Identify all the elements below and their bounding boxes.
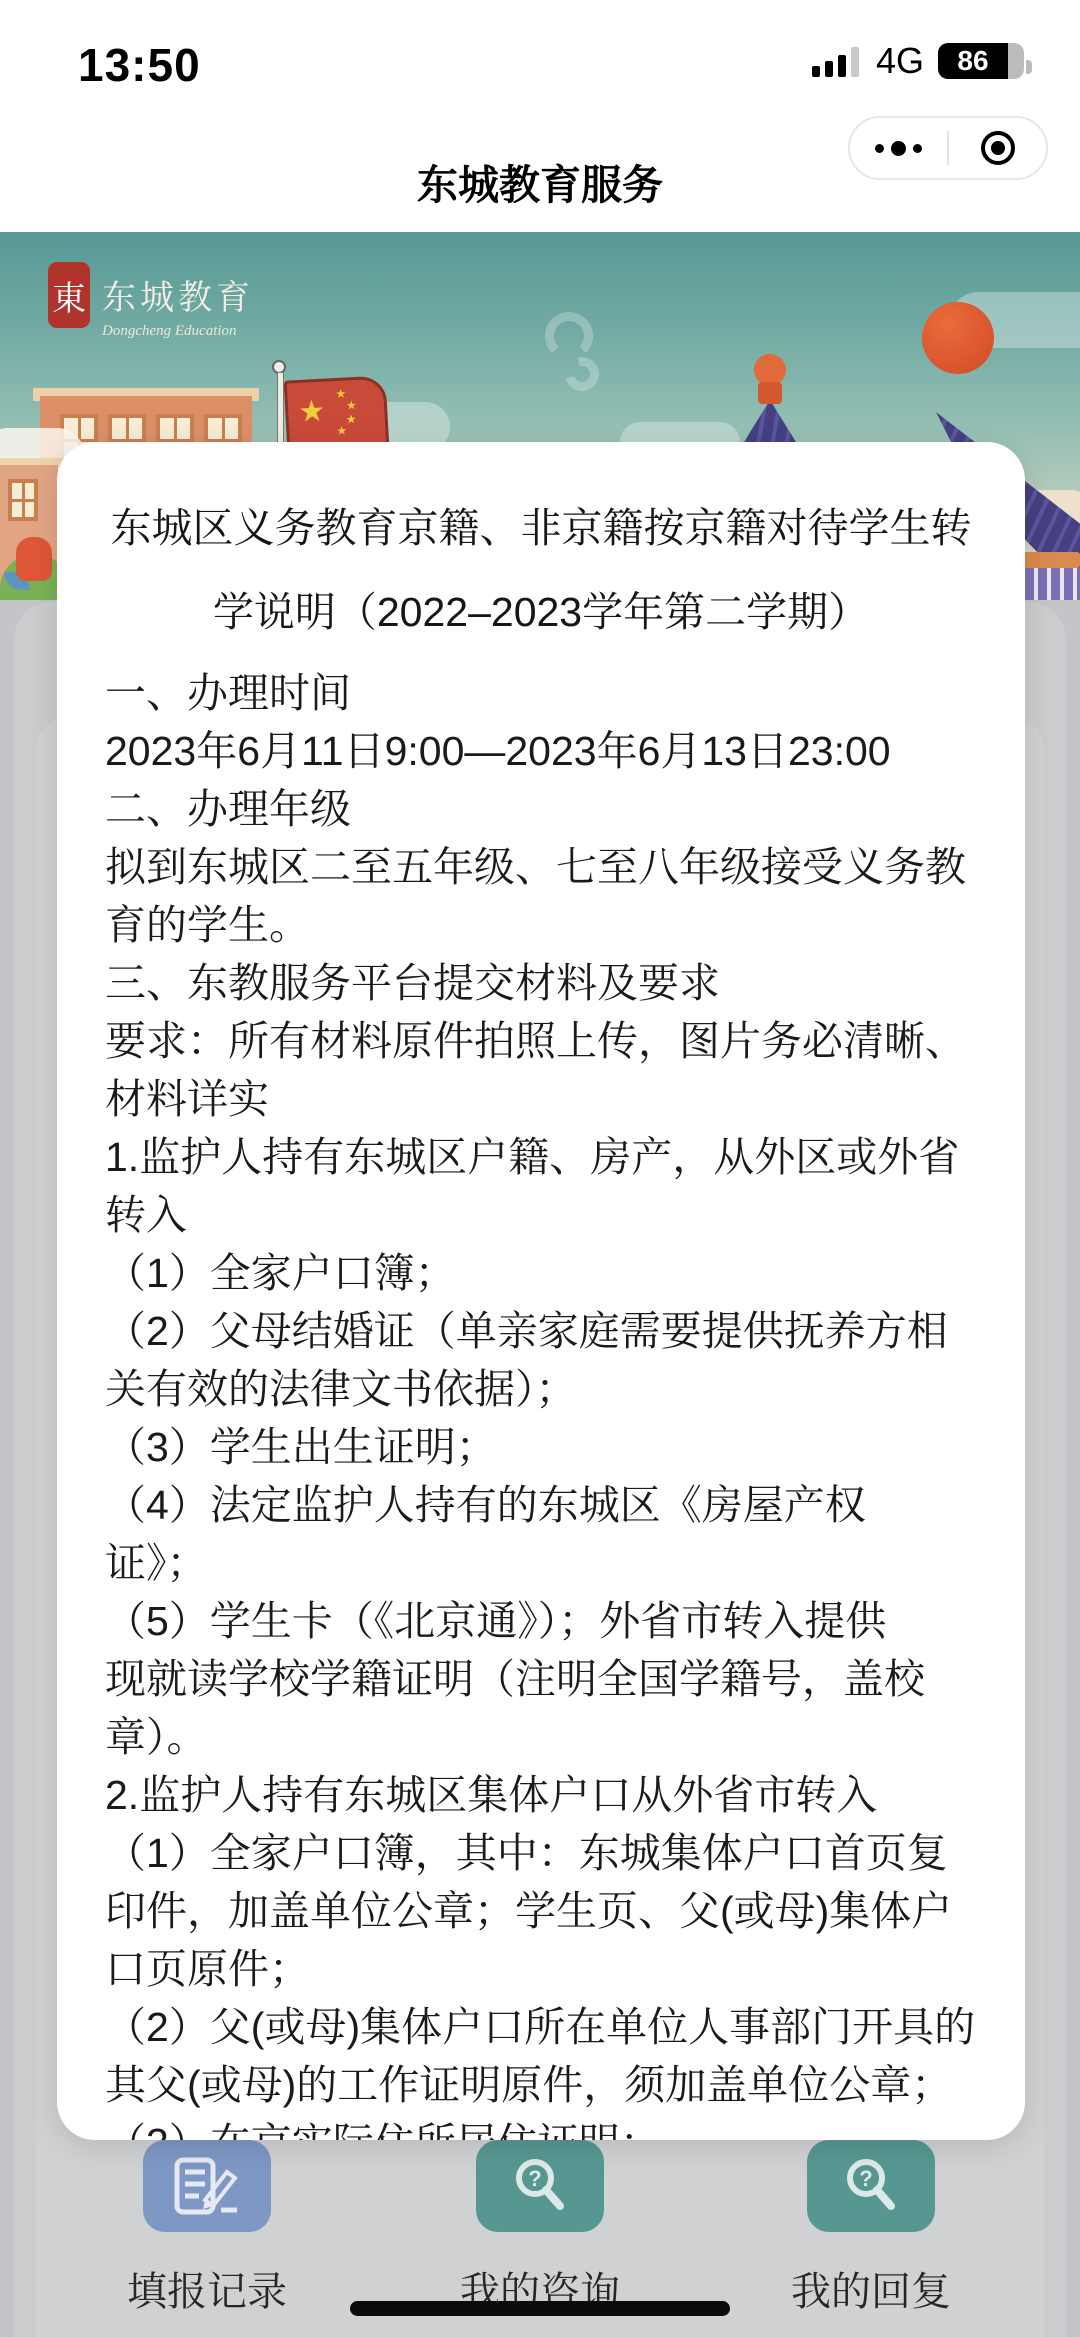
- notice-body-line: 其父(或母)的工作证明原件，须加盖单位公章；: [105, 2056, 977, 2114]
- tab-my-replies[interactable]: ? 我的回复: [776, 2140, 966, 2317]
- clock: 13:50: [78, 38, 201, 92]
- notice-body-line: 二、办理年级: [105, 780, 977, 838]
- close-minimize-button[interactable]: [949, 118, 1046, 178]
- tab-label: 我的回复: [776, 2260, 966, 2317]
- notice-body-line: （3）学生出生证明；: [105, 1418, 977, 1476]
- tab-form-records[interactable]: 填报记录: [112, 2140, 302, 2317]
- signal-strength-icon: [812, 45, 862, 77]
- notice-body-line: 2023年6月11日9:00—2023年6月13日23:00: [105, 722, 977, 780]
- notice-body-line: 章）。: [105, 1708, 977, 1766]
- notice-body-line: （4）法定监护人持有的东城区《房屋产权: [105, 1476, 977, 1534]
- notice-body-line: 要求：所有材料原件拍照上传，图片务必清晰、: [105, 1012, 977, 1070]
- notice-body-line: 转入: [105, 1186, 977, 1244]
- temple-finial-neck: [758, 382, 782, 404]
- notice-modal[interactable]: 东城区义务教育京籍、非京籍按京籍对待学生转 学说明（2022–2023学年第二学…: [57, 442, 1025, 2140]
- notice-body-line: 印件，加盖单位公章；学生页、父(或母)集体户: [105, 1882, 977, 1940]
- notice-body-line: 2.监护人持有东城区集体户口从外省市转入: [105, 1766, 977, 1824]
- logo-subtitle: Dongcheng Education: [102, 323, 254, 340]
- notice-body-line: （1）全家户口簿，其中：东城集体户口首页复: [105, 1824, 977, 1882]
- svg-text:?: ?: [859, 2166, 872, 2191]
- home-indicator[interactable]: [350, 2301, 730, 2316]
- seal-logo-icon: 東: [48, 262, 90, 328]
- notice-body-line: 一、办理时间: [105, 664, 977, 722]
- smoke-swirl: [545, 312, 593, 360]
- notice-body-line: 证》；: [105, 1534, 977, 1592]
- notice-body-line: （5）学生卡（《北京通》）；外省市转入提供: [105, 1592, 977, 1650]
- ellipsis-icon: [875, 141, 922, 156]
- notice-body: 一、办理时间2023年6月11日9:00—2023年6月13日23:00二、办理…: [105, 664, 977, 2140]
- tulip-flower: [16, 537, 52, 581]
- notice-body-line: 1.监护人持有东城区户籍、房产，从外区或外省: [105, 1128, 977, 1186]
- notice-body-line: 现就读学校学籍证明（注明全国学籍号，盖校: [105, 1650, 977, 1708]
- tab-my-consultation[interactable]: ? 我的咨询: [445, 2140, 635, 2317]
- battery-percent: 86: [938, 43, 1008, 79]
- form-record-icon: [143, 2140, 271, 2232]
- notice-title-line2: 学说明（2022–2023学年第二学期）: [105, 570, 977, 654]
- nav-bar: 东城教育服务: [0, 90, 1080, 232]
- more-options-button[interactable]: [850, 118, 947, 178]
- notice-body-line: （3）在京实际住所居住证明；: [105, 2114, 977, 2140]
- notice-body-line: 关有效的法律文书依据）；: [105, 1360, 977, 1418]
- svg-text:?: ?: [528, 2166, 541, 2191]
- bottom-action-row: 填报记录 ? 我的咨询 ? 我的回复: [0, 2140, 1080, 2300]
- notice-body-line: （1）全家户口簿；: [105, 1244, 977, 1302]
- battery-nub: [1026, 60, 1032, 74]
- status-bar: 13:50 4G 86: [0, 0, 1080, 90]
- notice-title-line1: 东城区义务教育京籍、非京籍按京籍对待学生转: [105, 486, 977, 570]
- notice-body-line: （2）父(或母)集体户口所在单位人事部门开具的: [105, 1998, 977, 2056]
- notice-body-line: 三、东教服务平台提交材料及要求: [105, 954, 977, 1012]
- notice-body-line: 口页原件；: [105, 1940, 977, 1998]
- miniprogram-capsule: [848, 116, 1048, 180]
- screen: 13:50 4G 86 东城教育服务: [0, 0, 1080, 2337]
- battery-icon: 86: [938, 43, 1024, 79]
- notice-body-line: （2）父母结婚证（单亲家庭需要提供抚养方相: [105, 1302, 977, 1360]
- sun-shape: [922, 302, 994, 374]
- dongcheng-education-logo: 東 东城教育 Dongcheng Education: [48, 262, 254, 340]
- notice-body-line: 拟到东城区二至五年级、七至八年级接受义务教: [105, 838, 977, 896]
- notice-body-line: 材料详实: [105, 1070, 977, 1128]
- my-reply-icon: ?: [807, 2140, 935, 2232]
- flag-star: ★: [297, 394, 326, 430]
- tab-label: 填报记录: [112, 2260, 302, 2317]
- notice-body-line: 育的学生。: [105, 896, 977, 954]
- target-circle-icon: [981, 131, 1015, 165]
- logo-title: 东城教育: [102, 270, 254, 319]
- my-consultation-icon: ?: [476, 2140, 604, 2232]
- network-type: 4G: [876, 40, 924, 82]
